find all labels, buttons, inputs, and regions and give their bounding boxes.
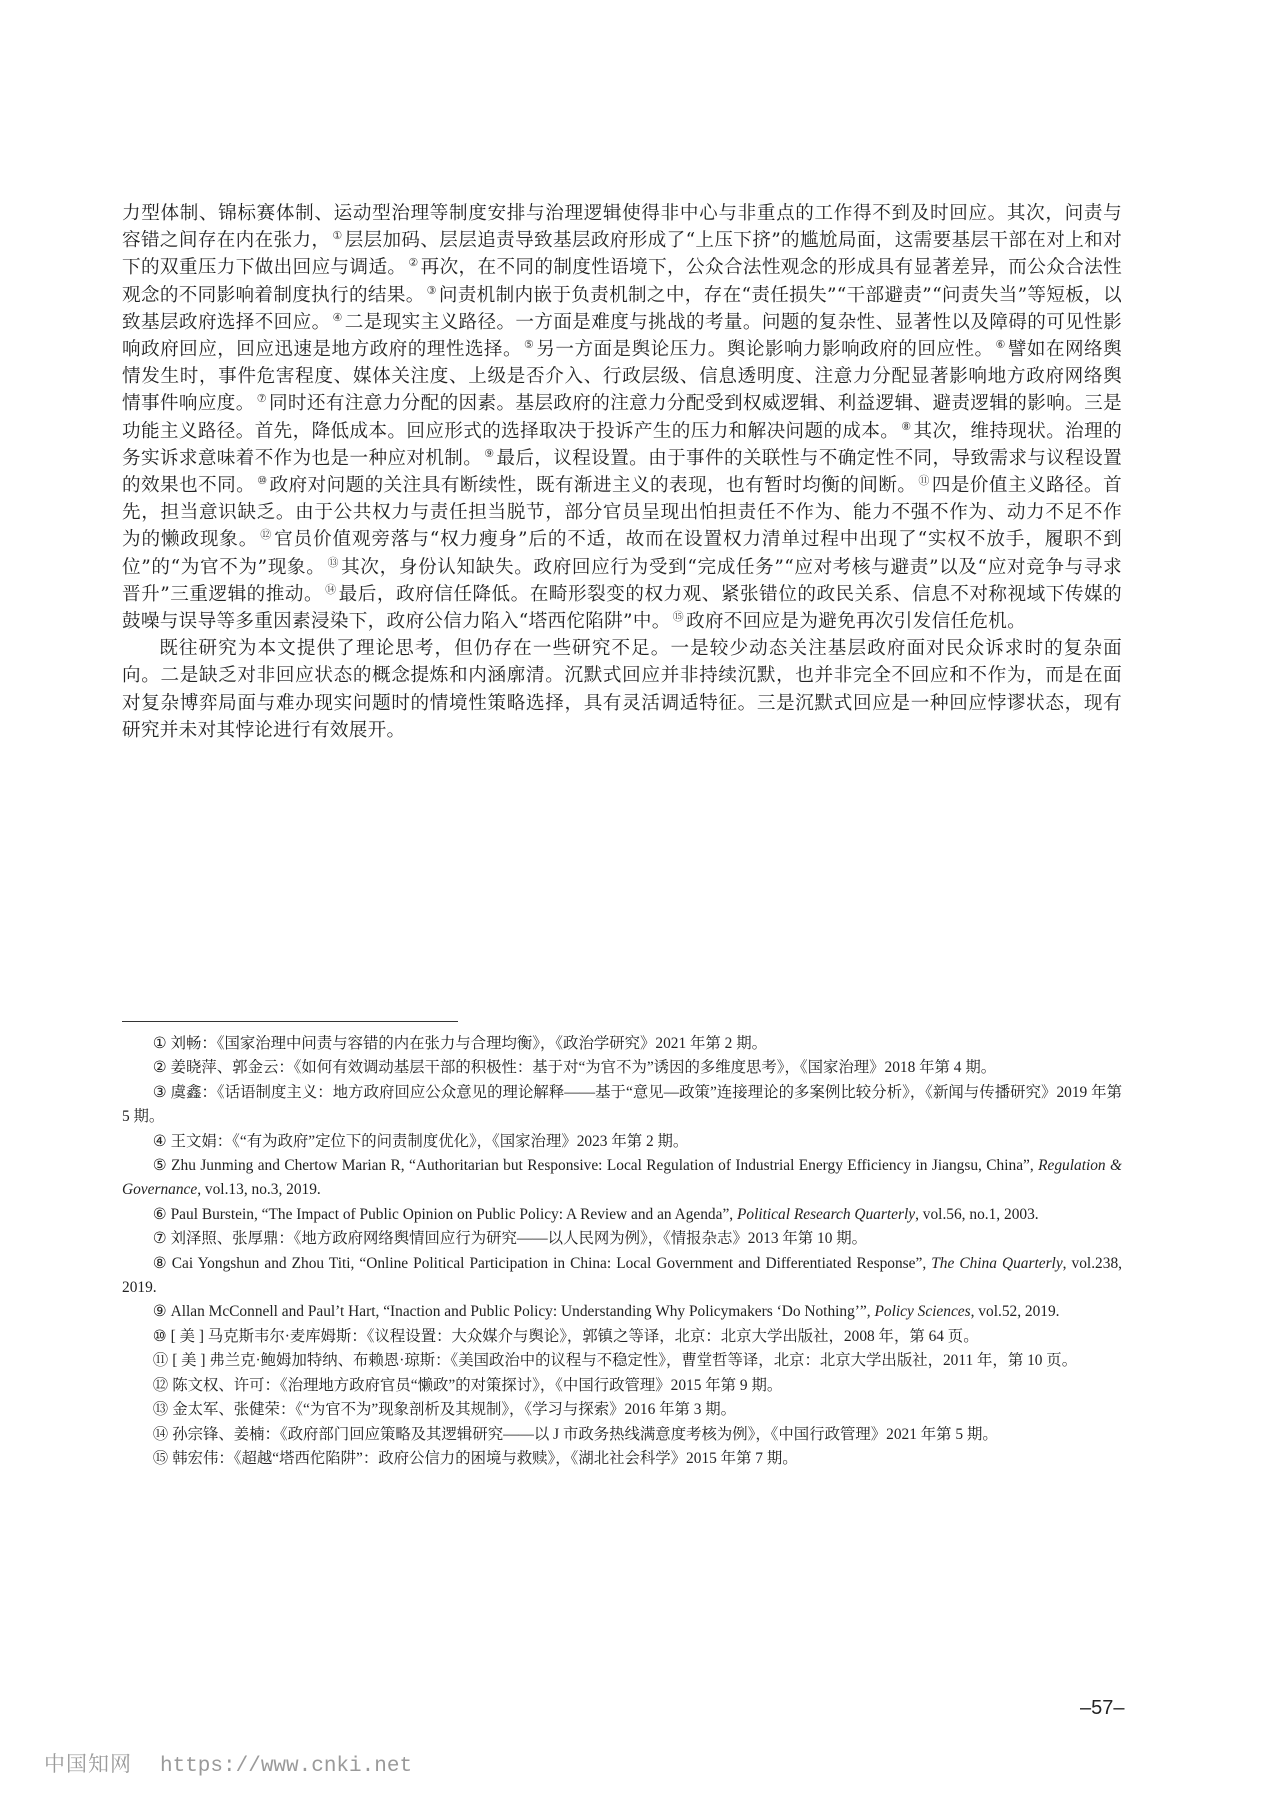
body-text-run: 政府对问题的关注具有断续性，既有渐进主义的表现，也有暂时均衡的间断。: [269, 475, 916, 496]
footnote-text: 虞鑫：《话语制度主义：地方政府回应公众意见的理论解释——基于“意见—政策”连接理…: [122, 1084, 1122, 1125]
document-page: 力型体制、锦标赛体制、运动型治理等制度安排与治理逻辑使得非中心与非重点的工作得不…: [0, 0, 1280, 1810]
main-body-text: 力型体制、锦标赛体制、运动型治理等制度安排与治理逻辑使得非中心与非重点的工作得不…: [122, 200, 1122, 744]
footnote-item: ⑮韩宏伟：《超越“塔西佗陷阱”：政府公信力的困境与救赎》，《湖北社会科学》201…: [122, 1447, 1122, 1471]
footnote-marker: ⑦: [153, 1230, 167, 1247]
footnote-marker: ④: [153, 1133, 167, 1150]
footnote-text: 刘泽照、张厚鼎：《地方政府网络舆情回应行为研究——以人民网为例》，《情报杂志》2…: [171, 1230, 867, 1247]
footnote-reference[interactable]: ⑧: [901, 420, 911, 433]
footnote-text: , vol.13, no.3, 2019.: [197, 1181, 321, 1198]
footnote-marker: ⑩: [153, 1328, 167, 1345]
footnote-item: ⑨Allan McConnell and Paul’t Hart, “Inact…: [122, 1300, 1122, 1324]
watermark-name: 中国知网: [44, 1752, 132, 1776]
footnote-marker: ⑪: [153, 1352, 168, 1369]
footnotes-section: ①刘畅：《国家治理中问责与容错的内在张力与合理均衡》，《政治学研究》2021 年…: [122, 1032, 1122, 1471]
watermark-url: https://www.cnki.net: [160, 1755, 412, 1778]
footnote-reference[interactable]: ②: [408, 256, 418, 269]
footnote-marker: ①: [153, 1035, 167, 1052]
footnote-item: ⑬金太军、张健荣：《“为官不为”现象剖析及其规制》，《学习与探索》2016 年第…: [122, 1398, 1122, 1422]
page-number: –57–: [1080, 1697, 1125, 1720]
journal-title: The China Quarterly: [931, 1255, 1062, 1272]
footnote-text: 韩宏伟：《超越“塔西佗陷阱”：政府公信力的困境与救赎》，《湖北社会科学》2015…: [172, 1450, 797, 1467]
footnote-marker: ⑨: [153, 1303, 167, 1320]
footnote-text: [ 美 ] 弗兰克·鲍姆加特纳、布赖恩·琼斯：《美国政治中的议程与不稳定性》，曹…: [172, 1352, 1077, 1369]
footnote-marker: ⑥: [153, 1206, 167, 1223]
footnote-text: Paul Burstein, “The Impact of Public Opi…: [171, 1206, 737, 1223]
footnote-text: , vol.52, 2019.: [971, 1303, 1060, 1320]
body-text-run: 既往研究为本文提供了理论思考，但仍存在一些研究不足。一是较少动态关注基层政府面对…: [122, 638, 1122, 741]
footnote-text: , vol.56, no.1, 2003.: [915, 1206, 1039, 1223]
footnote-item: ⑩[ 美 ] 马克斯韦尔·麦库姆斯：《议程设置：大众媒介与舆论》，郭镇之等译，北…: [122, 1325, 1122, 1349]
footnote-item: ⑤Zhu Junming and Chertow Marian R, “Auth…: [122, 1154, 1122, 1203]
footnote-text: 王文娟：《“有为政府”定位下的问责制度优化》，《国家治理》2023 年第 2 期…: [171, 1133, 689, 1150]
footnote-reference[interactable]: ①: [332, 229, 342, 242]
footnote-text: Cai Yongshun and Zhou Titi, “Online Poli…: [172, 1255, 931, 1272]
footnote-reference[interactable]: ④: [333, 311, 343, 324]
footnote-reference[interactable]: ⑪: [918, 474, 929, 487]
footnote-text: [ 美 ] 马克斯韦尔·麦库姆斯：《议程设置：大众媒介与舆论》，郭镇之等译，北京…: [171, 1328, 979, 1345]
footnote-text: 孙宗锋、姜楠：《政府部门回应策略及其逻辑研究——以 J 市政务热线满意度考核为例…: [172, 1426, 998, 1443]
footnote-item: ⑧Cai Yongshun and Zhou Titi, “Online Pol…: [122, 1252, 1122, 1301]
footnote-reference[interactable]: ⑫: [260, 528, 272, 541]
footnote-item: ③虞鑫：《话语制度主义：地方政府回应公众意见的理论解释——基于“意见—政策”连接…: [122, 1081, 1122, 1130]
footnote-marker: ⑫: [153, 1377, 168, 1394]
footnote-marker: ⑧: [153, 1255, 168, 1272]
footnote-reference[interactable]: ⑤: [524, 338, 534, 351]
body-text-run: 政府不回应是为避免再次引发信任危机。: [686, 611, 1026, 632]
footnote-text: 刘畅：《国家治理中问责与容错的内在张力与合理均衡》，《政治学研究》2021 年第…: [171, 1035, 767, 1052]
cnki-watermark: 中国知网https://www.cnki.net: [44, 1748, 412, 1778]
footnote-text: Allan McConnell and Paul’t Hart, “Inacti…: [171, 1303, 875, 1320]
footnote-item: ④王文娟：《“有为政府”定位下的问责制度优化》，《国家治理》2023 年第 2 …: [122, 1130, 1122, 1154]
footnote-reference[interactable]: ⑨: [484, 447, 494, 460]
footnote-divider: [122, 1021, 458, 1022]
footnote-item: ⑪[ 美 ] 弗兰克·鲍姆加特纳、布赖恩·琼斯：《美国政治中的议程与不稳定性》，…: [122, 1349, 1122, 1373]
footnote-marker: ②: [153, 1059, 167, 1076]
body-paragraph: 既往研究为本文提供了理论思考，但仍存在一些研究不足。一是较少动态关注基层政府面对…: [122, 635, 1122, 744]
footnote-marker: ③: [153, 1084, 167, 1101]
footnote-item: ⑦刘泽照、张厚鼎：《地方政府网络舆情回应行为研究——以人民网为例》，《情报杂志》…: [122, 1227, 1122, 1251]
footnote-marker: ⑭: [153, 1426, 168, 1443]
footnote-marker: ⑮: [153, 1450, 168, 1467]
footnote-item: ⑭孙宗锋、姜楠：《政府部门回应策略及其逻辑研究——以 J 市政务热线满意度考核为…: [122, 1423, 1122, 1447]
footnote-item: ②姜晓萍、郭金云：《如何有效调动基层干部的积极性：基于对“为官不为”诱因的多维度…: [122, 1056, 1122, 1080]
footnote-reference[interactable]: ⑭: [325, 583, 337, 596]
footnote-reference[interactable]: ⑩: [257, 474, 267, 487]
footnote-text: 姜晓萍、郭金云：《如何有效调动基层干部的积极性：基于对“为官不为”诱因的多维度思…: [171, 1059, 997, 1076]
footnote-item: ⑫陈文权、许可：《治理地方政府官员“懒政”的对策探讨》，《中国行政管理》2015…: [122, 1374, 1122, 1398]
footnote-marker: ⑬: [153, 1401, 168, 1418]
journal-title: Political Research Quarterly: [737, 1206, 915, 1223]
footnote-text: 陈文权、许可：《治理地方政府官员“懒政”的对策探讨》，《中国行政管理》2015 …: [172, 1377, 782, 1394]
footnote-text: Zhu Junming and Chertow Marian R, “Autho…: [171, 1157, 1038, 1174]
footnote-item: ①刘畅：《国家治理中问责与容错的内在张力与合理均衡》，《政治学研究》2021 年…: [122, 1032, 1122, 1056]
footnote-item: ⑥Paul Burstein, “The Impact of Public Op…: [122, 1203, 1122, 1227]
footnote-reference[interactable]: ⑥: [996, 338, 1006, 351]
footnote-reference[interactable]: ⑬: [328, 556, 340, 569]
footnote-marker: ⑤: [153, 1157, 167, 1174]
footnote-reference[interactable]: ③: [427, 284, 437, 297]
body-paragraph: 力型体制、锦标赛体制、运动型治理等制度安排与治理逻辑使得非中心与非重点的工作得不…: [122, 200, 1122, 635]
footnote-reference[interactable]: ⑮: [673, 610, 684, 623]
footnote-text: 金太军、张健荣：《“为官不为”现象剖析及其规制》，《学习与探索》2016 年第 …: [172, 1401, 736, 1418]
footnote-reference[interactable]: ⑦: [257, 392, 267, 405]
journal-title: Policy Sciences: [874, 1303, 970, 1320]
body-text-run: 另一方面是舆论压力。舆论影响力影响政府的回应性。: [536, 339, 993, 360]
